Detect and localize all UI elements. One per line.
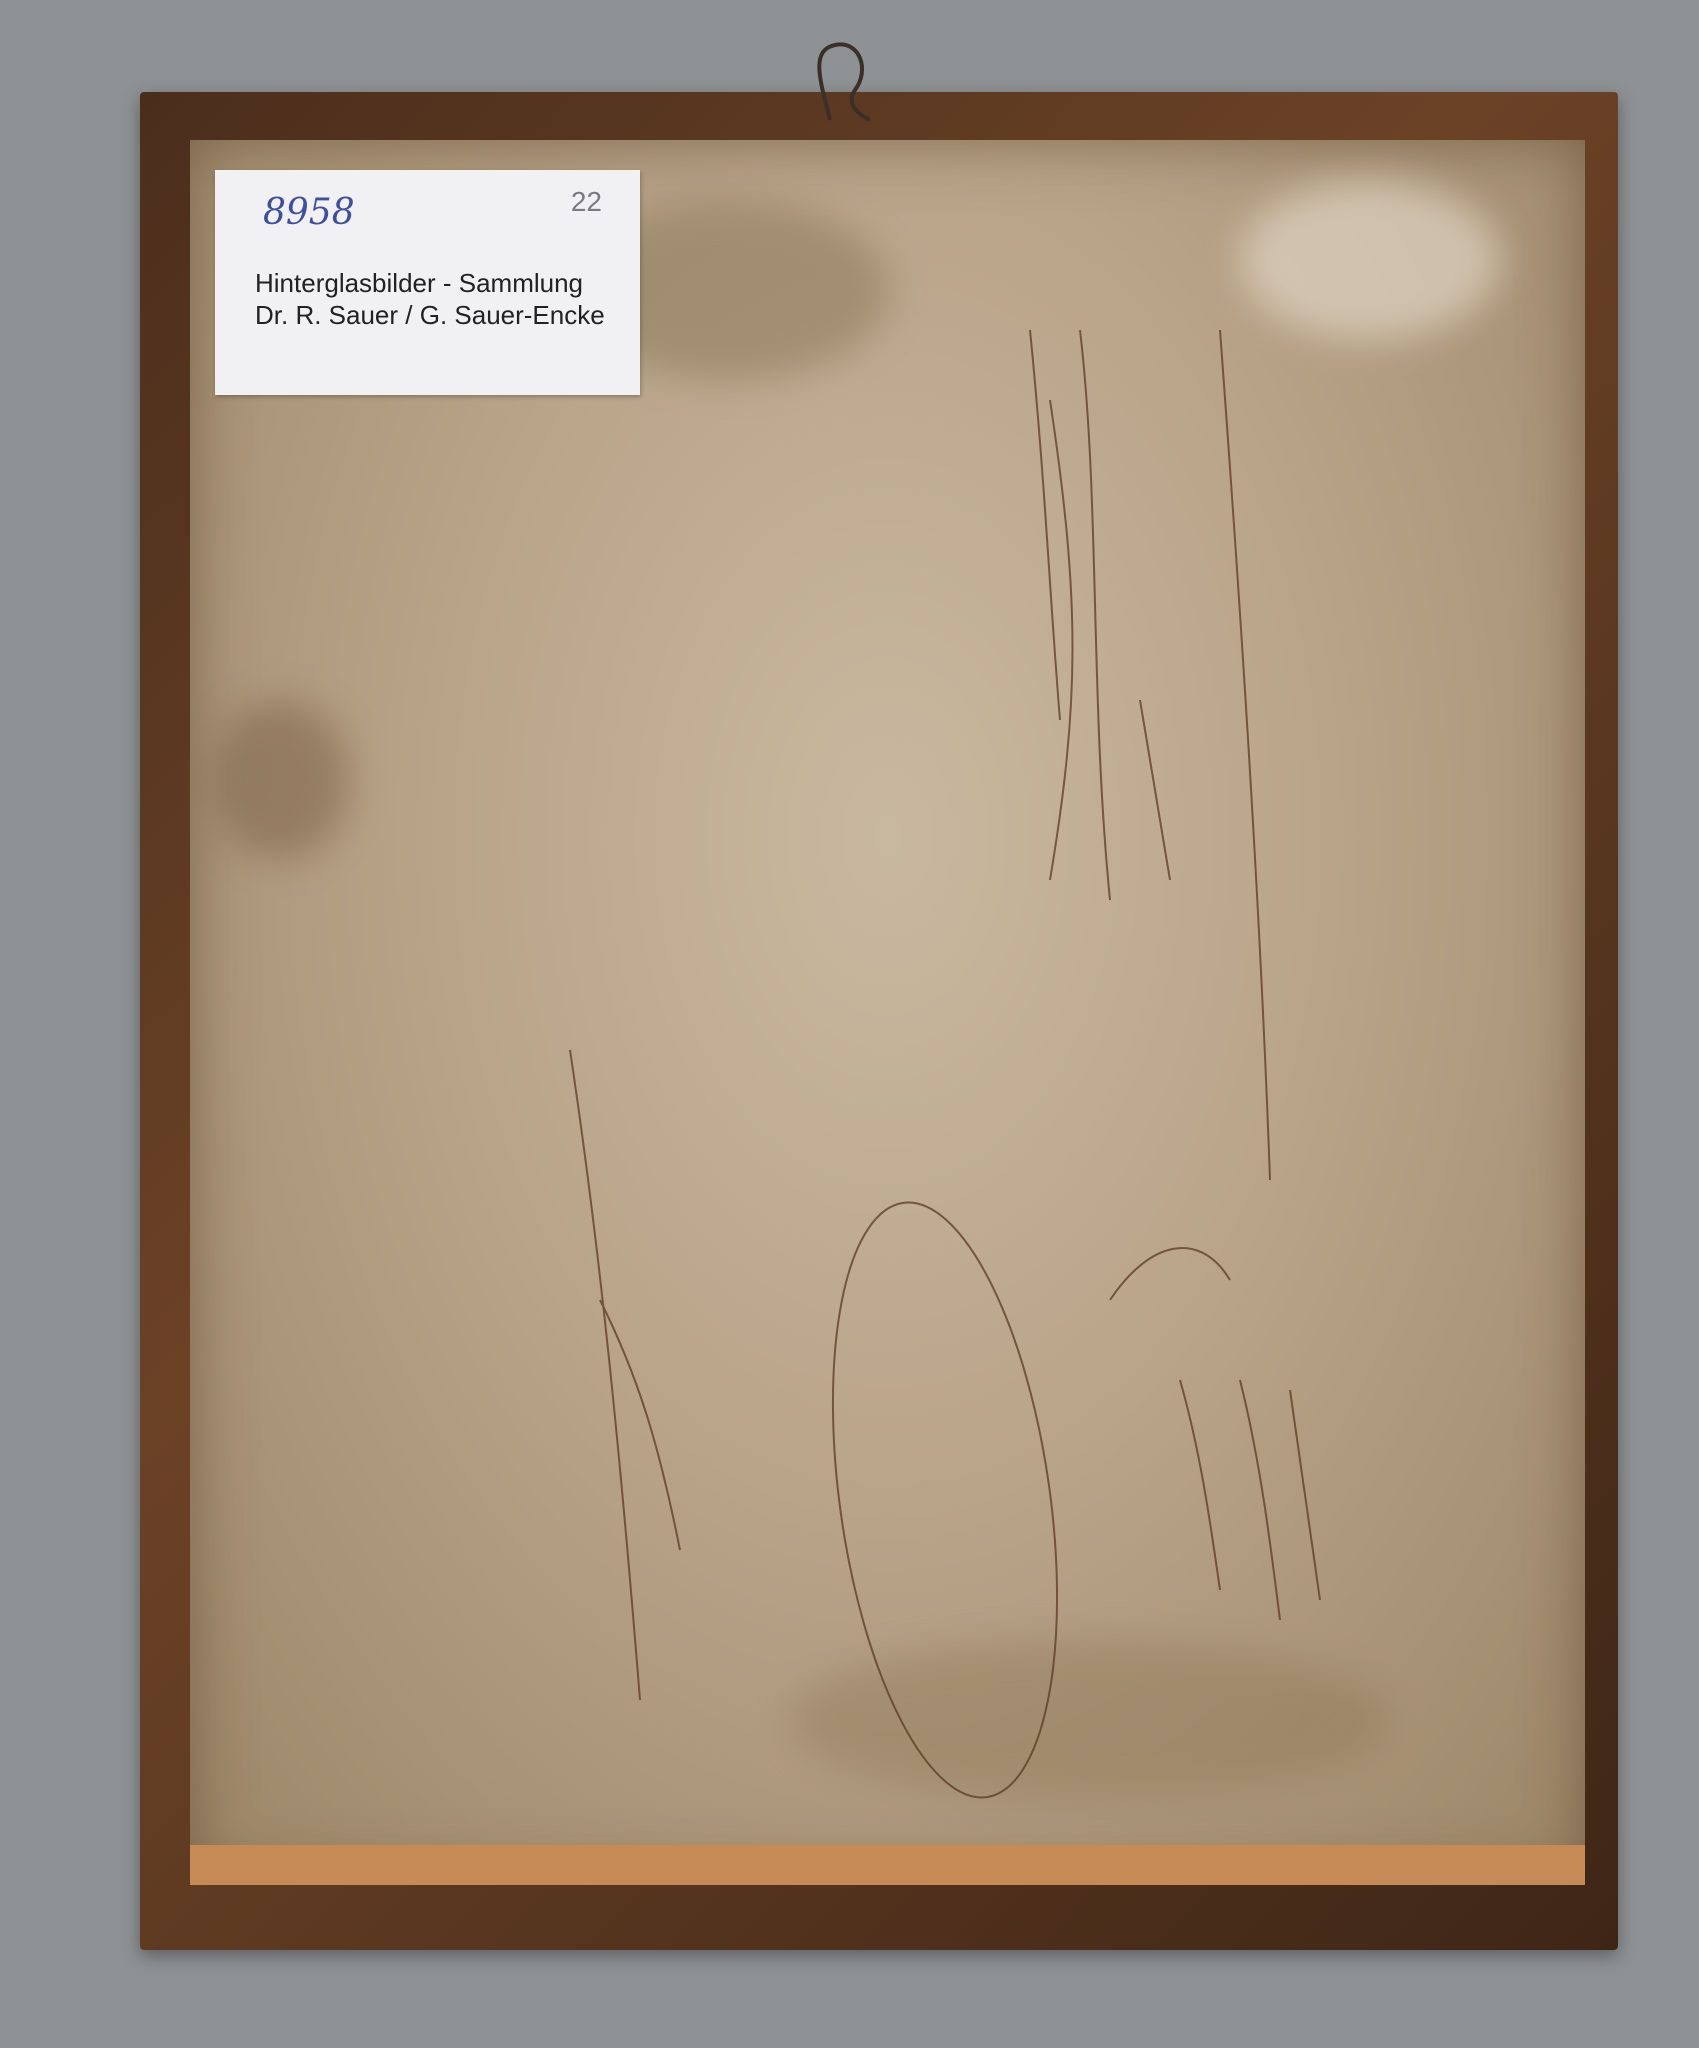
collection-label: 8958 22 Hinterglasbilder - Sammlung Dr. … <box>215 170 640 395</box>
inventory-number: 8958 <box>263 192 355 233</box>
collection-title: Hinterglasbilder - Sammlung <box>255 268 583 299</box>
collection-owners: Dr. R. Sauer / G. Sauer-Encke <box>255 300 605 331</box>
item-number: 22 <box>571 186 602 218</box>
